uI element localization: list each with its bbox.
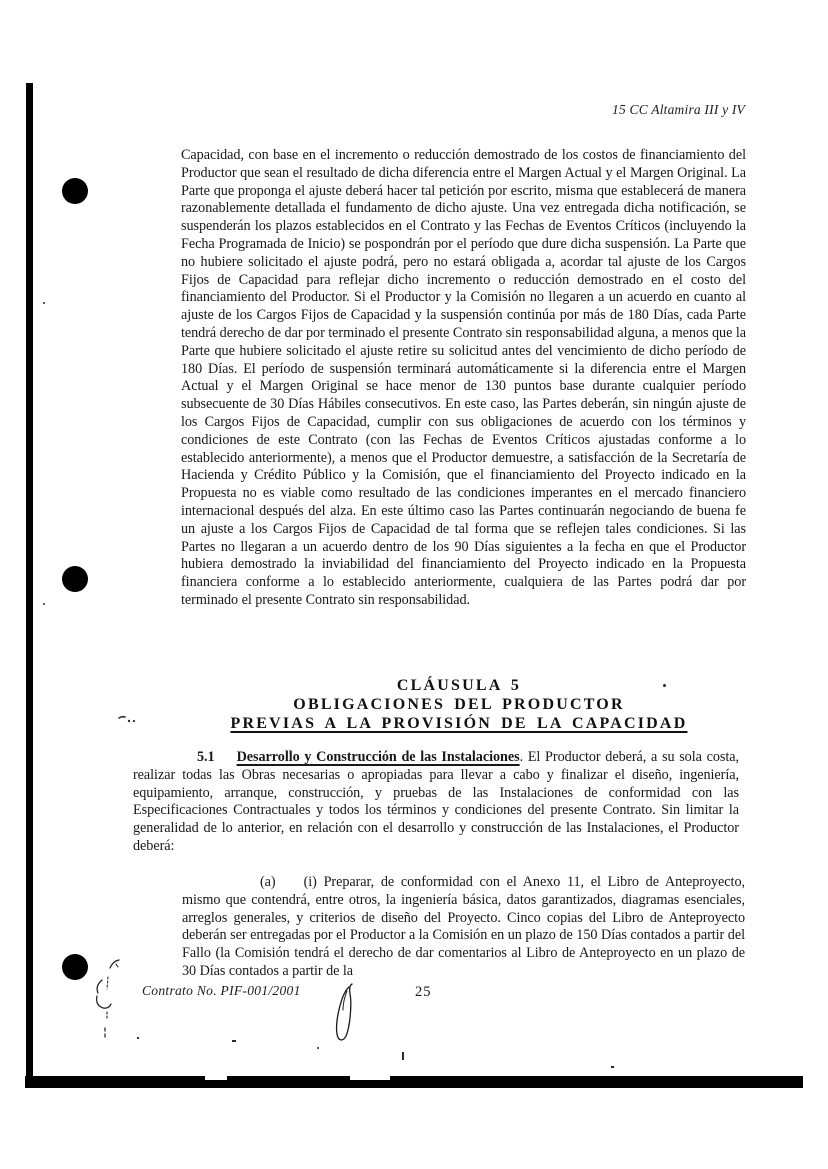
punch-hole-icon [62, 566, 88, 592]
clause-heading: CLÁUSULA 5 OBLIGACIONES DEL PRODUCTOR PR… [109, 676, 809, 733]
footer-page-number: 25 [415, 984, 432, 1001]
handwritten-annotation-icon [88, 954, 144, 1050]
document-header-reference: 15 CC Altamira III y IV [420, 102, 745, 118]
scan-notch [205, 1076, 227, 1080]
scan-speck [232, 1040, 236, 1042]
item-a-label: (a) [260, 874, 276, 890]
section-5-1-paragraph: 5.1Desarrollo y Construcción de las Inst… [133, 749, 739, 856]
section-title: Desarrollo y Construcción de las Instala… [237, 749, 520, 765]
scan-edge-left [26, 83, 33, 1086]
clause-title-line: OBLIGACIONES DEL PRODUCTOR [109, 695, 809, 714]
scan-speck [402, 1052, 404, 1060]
punch-hole-icon [62, 954, 88, 980]
clause-number-line: CLÁUSULA 5 [109, 676, 809, 695]
scan-notch [350, 1076, 390, 1080]
scan-speck [663, 684, 666, 687]
paragraph-continuation: Capacidad, con base en el incremento o r… [181, 147, 746, 610]
scan-edge-bottom [25, 1076, 803, 1088]
section-number: 5.1 [197, 749, 215, 765]
scan-speck [611, 1066, 614, 1068]
item-a-paragraph: (a)(i) Preparar, de conformidad con el A… [182, 874, 745, 981]
footer-contract-number: Contrato No. PIF-001/2001 [142, 983, 301, 999]
scan-speck [43, 603, 45, 605]
ink-smudge-icon [117, 714, 141, 726]
scanned-contract-page: 15 CC Altamira III y IV Capacidad, con b… [0, 0, 828, 1169]
clause-subtitle-line: PREVIAS A LA PROVISIÓN DE LA CAPACIDAD [109, 714, 809, 733]
scan-speck [43, 302, 45, 304]
scan-speck [317, 1047, 319, 1049]
punch-hole-icon [62, 178, 88, 204]
handwritten-loop-icon [328, 982, 362, 1046]
